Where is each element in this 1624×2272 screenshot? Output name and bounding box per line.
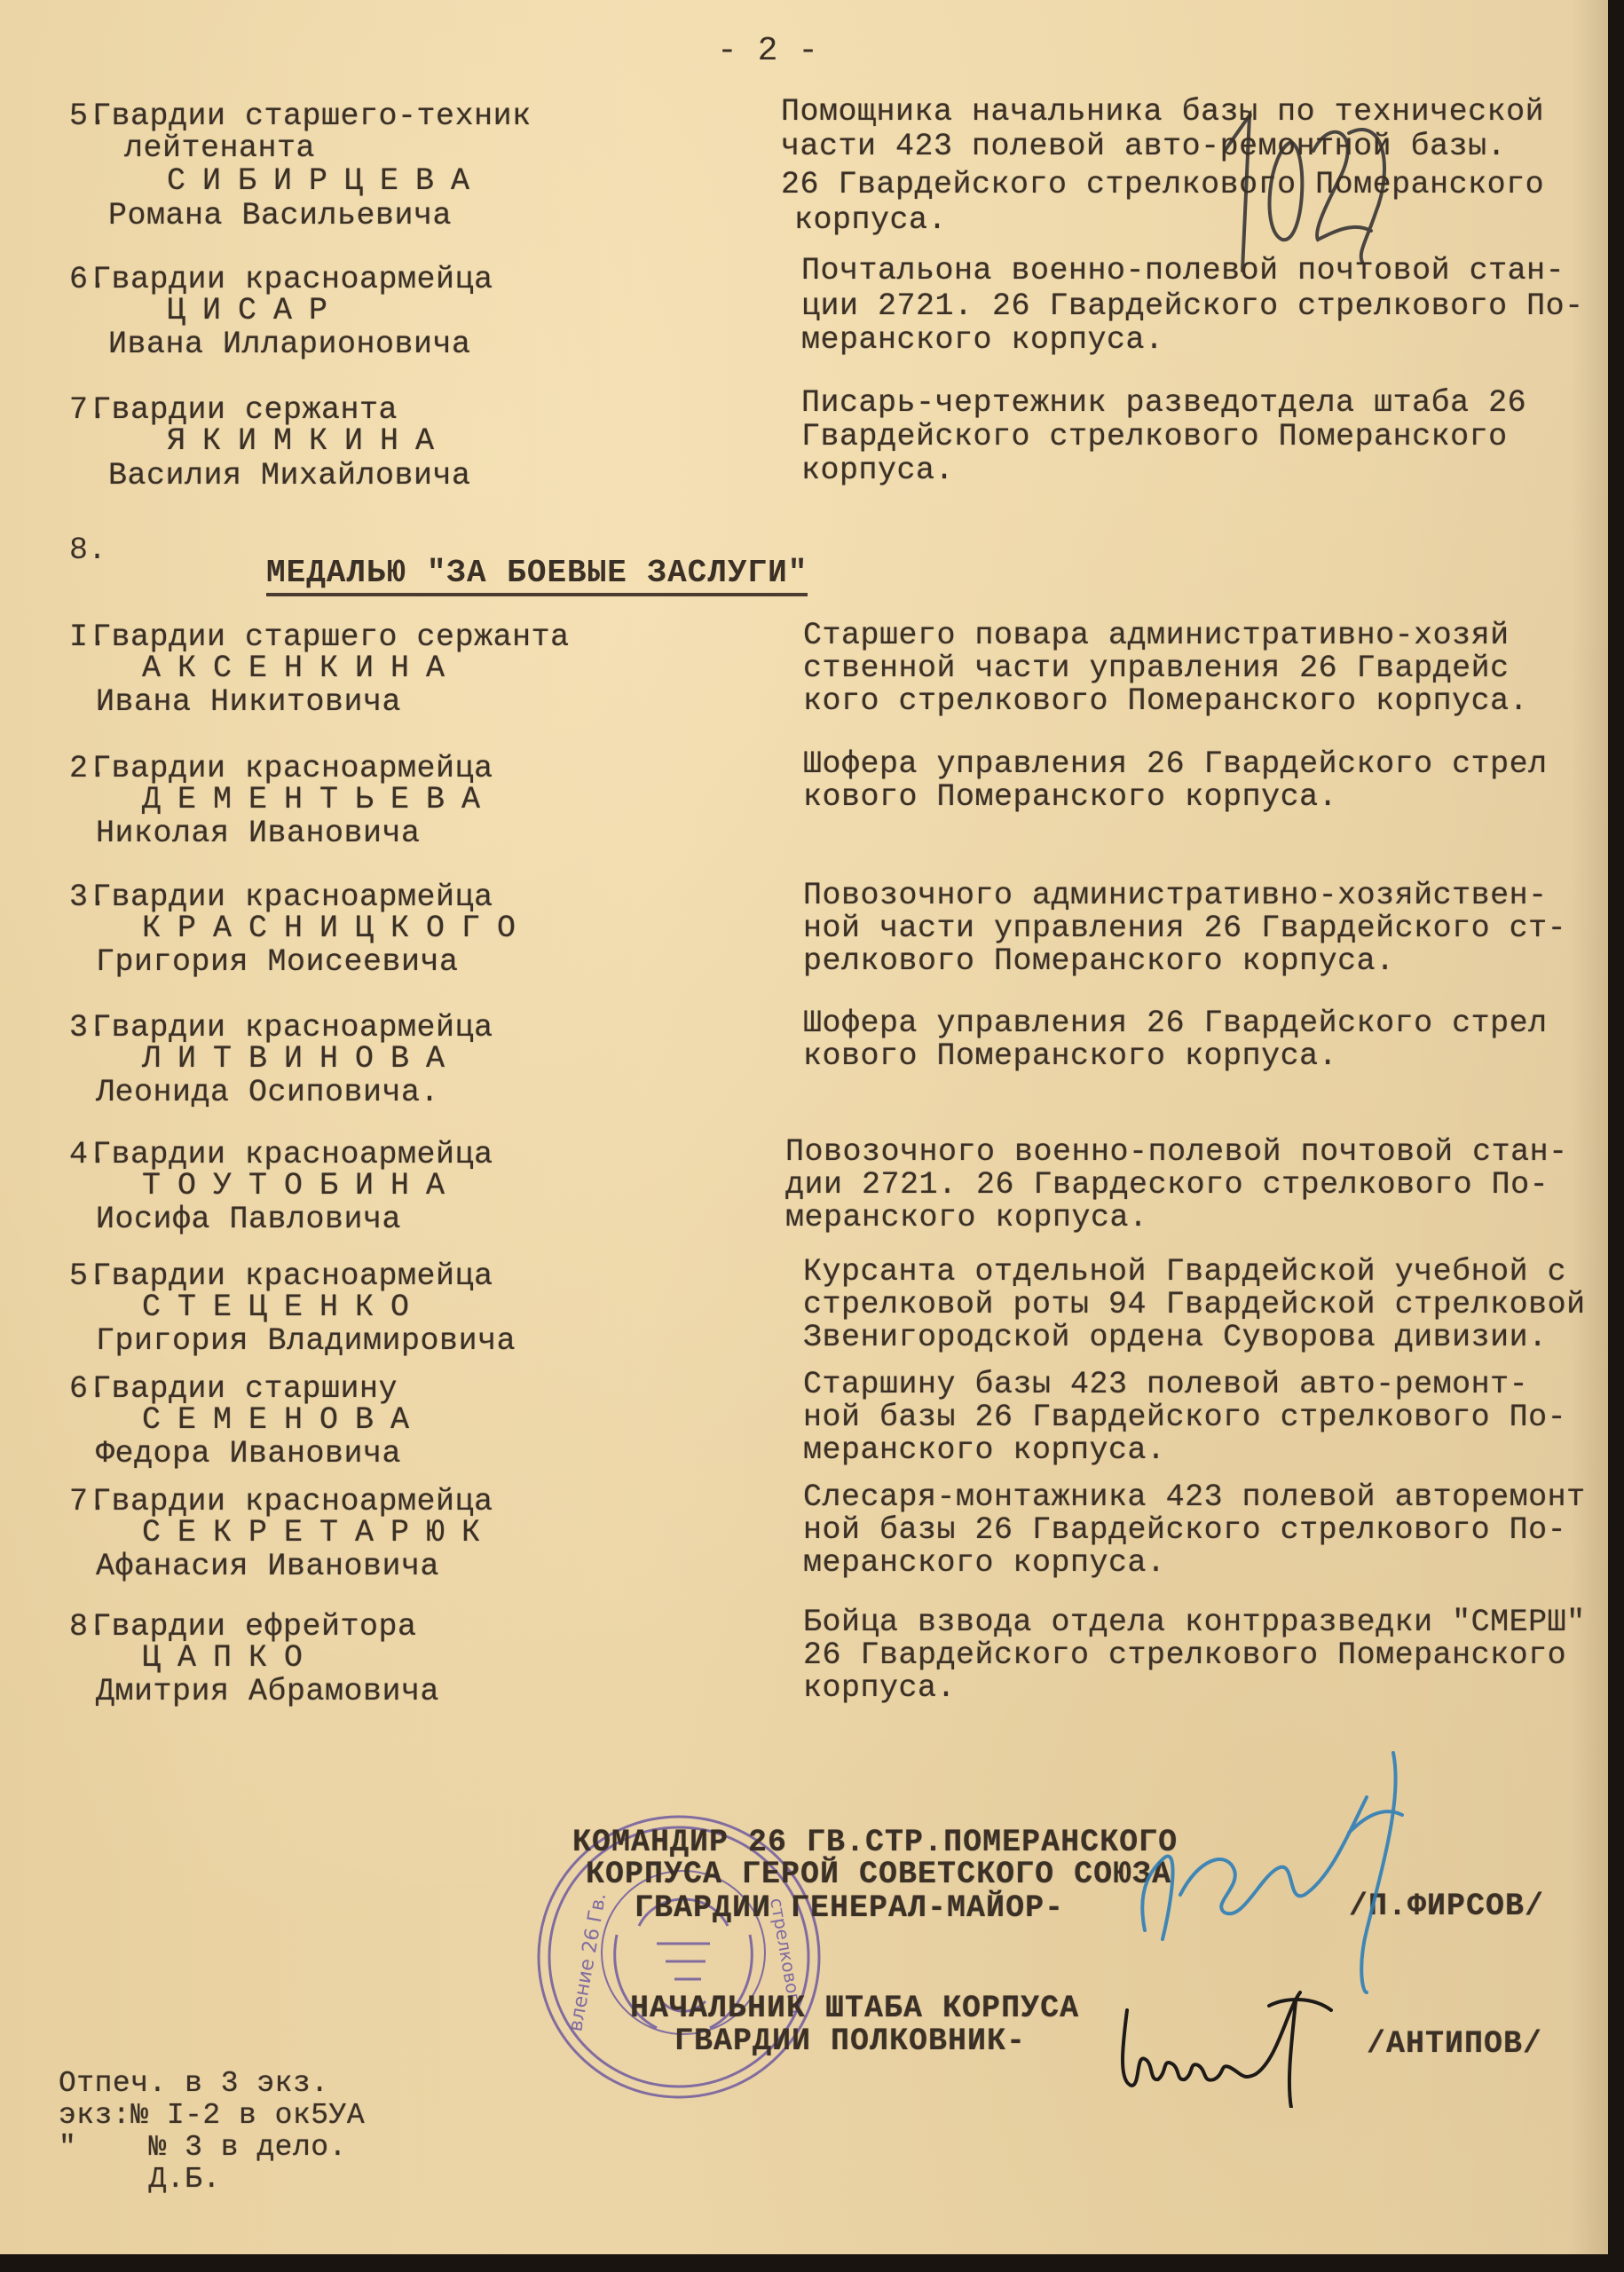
entry-given-names: Иосифа Павловича [96, 1203, 401, 1235]
entry-description-line: Помощника начальника базы по технической [781, 96, 1544, 128]
entry-surname: СЕКРЕТАРЮК [142, 1517, 497, 1549]
entry-description-line: корпуса. [794, 204, 947, 236]
entry-description-line: части 423 полевой авто-ремонтной базы. [781, 130, 1506, 162]
entry-description-line: 26 Гвардейского стрелкового Померанского [781, 169, 1544, 201]
commander-title-line: КОРПУСА ГЕРОЙ СОВЕТСКОГО СОЮЗА [586, 1858, 1171, 1890]
entry-description-line: меранского корпуса. [803, 1547, 1166, 1579]
entry-description-line: ной базы 26 Гвардейского стрелкового По- [803, 1401, 1566, 1433]
entry-description-line: Звенигородской ордена Суворова дивизии. [803, 1321, 1548, 1353]
entry-description-line: Слесаря-монтажника 423 полевой авторемон… [803, 1481, 1586, 1513]
commander-rank-line: ГВАРДИИ ГЕНЕРАЛ-МАЙОР- [635, 1892, 1064, 1924]
page-number: - 2 - [717, 32, 818, 70]
entry-surname: ДЕМЕНТЬЕВА [142, 784, 497, 816]
entry-rank-line: Гвардии ефрейтора [92, 1611, 417, 1643]
section-title: МЕДАЛЬЮ "ЗА БОЕВЫЕ ЗАСЛУГИ" [266, 555, 808, 596]
entry-description-line: Бойца взвода отдела контрразведки "СМЕРШ… [803, 1606, 1586, 1638]
entry-description-line: корпуса. [801, 454, 954, 486]
entry-surname: ЯКИМКИНА [167, 425, 451, 457]
entry-rank-line: Гвардии красноармейца [92, 264, 493, 296]
chief-rank-line: ГВАРДИИ ПОЛКОВНИК- [674, 2025, 1026, 2057]
entry-rank-line: лейтенанта [124, 132, 315, 164]
footer-line: экз:№ I-2 в ок5УА [59, 2100, 365, 2132]
page-edge-shadow [1571, 0, 1608, 2268]
entry-given-names: Романа Васильевича [108, 200, 452, 232]
entry-given-names: Леонида Осиповича. [96, 1077, 439, 1108]
chief-title-line: НАЧАЛЬНИК ШТАБА КОРПУСА [630, 1992, 1079, 2024]
entry-surname: КРАСНИЦКОГО [142, 912, 532, 944]
entry-description-line: ственной части управления 26 Гвардейс [803, 652, 1510, 684]
entry-description-line: меранского корпуса. [801, 324, 1164, 356]
entry-description-line: Гвардейского стрелкового Померанского [801, 421, 1508, 453]
entry-surname: ЦИСАР [167, 295, 344, 327]
entry-description-line: кового Померанского корпуса. [803, 1040, 1337, 1072]
entry-surname: СИБИРЦЕВА [167, 165, 486, 197]
entry-given-names: Ивана Илларионовича [108, 328, 471, 360]
entry-description-line: Писарь-чертежник разведотдела штаба 26 [801, 387, 1526, 419]
entry-description-line: Курсанта отдельной Гвардейской учебной с [803, 1256, 1566, 1288]
entry-rank-line: Гвардии старшину [92, 1373, 398, 1405]
entry-rank-line: Гвардии красноармейца [92, 1486, 493, 1518]
entry-given-names: Дмитрия Абрамовича [96, 1676, 439, 1708]
entry-description-line: ции 2721. 26 Гвардейского стрелкового По… [801, 290, 1584, 322]
entry-rank-line: Гвардии старшего-техник [92, 100, 532, 132]
entry-description-line: дии 2721. 26 Гвардеского стрелкового По- [785, 1169, 1549, 1201]
commander-title-line: КОМАНДИР 26 ГВ.СТР.ПОМЕРАНСКОГО [572, 1826, 1178, 1858]
entry-rank-line: Гвардии красноармейца [92, 1012, 493, 1044]
entry-rank-line: Гвардии красноармейца [92, 1139, 493, 1171]
entry-description-line: Повозочного военно-полевой почтовой стан… [785, 1136, 1568, 1168]
commander-signature-blue [1127, 1726, 1455, 2001]
entry-rank-line: Гвардии красноармейца [92, 881, 493, 913]
scan-border [0, 2254, 1624, 2272]
entry-description-line: Почтальона военно-полевой почтовой стан- [801, 255, 1565, 287]
entry-description-line: кового Померанского корпуса. [803, 781, 1337, 813]
entry-description-line: Повозочного административно-хозяйствен- [803, 880, 1548, 911]
entry-description-line: релкового Померанского корпуса. [803, 945, 1395, 977]
section-number: 8. [69, 532, 106, 568]
entry-description-line: кого стрелкового Померанского корпуса. [803, 685, 1528, 717]
entry-description-line: ной части управления 26 Гвардейского ст- [803, 912, 1566, 944]
entry-description-line: стрелковой роты 94 Гвардейской стрелково… [803, 1289, 1586, 1321]
entry-description-line: Шофера управления 26 Гвардейского стрел [803, 748, 1548, 780]
footer-line: Д.Б. [59, 2164, 221, 2196]
entry-given-names: Ивана Никитовича [96, 686, 401, 718]
entry-description-line: корпуса. [803, 1672, 956, 1704]
entry-surname: ТОУТОБИНА [142, 1170, 461, 1202]
entry-description-line: Старшего повара административно-хозяй [803, 619, 1510, 651]
entry-surname: ЛИТВИНОВА [142, 1043, 461, 1075]
entry-rank-line: Гвардии красноармейца [92, 753, 493, 785]
entry-rank-line: Гвардии сержанта [92, 394, 398, 426]
svg-text:вление 26 Гв.: вление 26 Гв. [564, 1891, 611, 2033]
entry-given-names: Григория Владимировича [96, 1325, 516, 1357]
entry-given-names: Афанасия Ивановича [96, 1550, 439, 1582]
entry-description-line: меранского корпуса. [785, 1202, 1148, 1234]
entry-given-names: Федора Ивановича [96, 1438, 401, 1470]
entry-rank-line: Гвардии красноармейца [92, 1260, 493, 1292]
entry-description-line: Шофера управления 26 Гвардейского стрел [803, 1007, 1548, 1039]
footer-line: " № 3 в дело. [59, 2132, 347, 2164]
entry-given-names: Василия Михайловича [108, 460, 471, 492]
entry-description-line: 26 Гвардейского стрелкового Померанского [803, 1639, 1566, 1671]
entry-description-line: Старшину базы 423 полевой авто-ремонт- [803, 1369, 1528, 1400]
entry-rank-line: Гвардии старшего сержанта [92, 621, 570, 653]
entry-description-line: ной базы 26 Гвардейского стрелкового По- [803, 1514, 1566, 1546]
document-page: - 2 - 5. Гвардии старшего-техник лейтена… [0, 0, 1608, 2268]
footer-line: Отпеч. в 3 экз. [59, 2068, 329, 2100]
entry-given-names: Николая Ивановича [96, 817, 421, 849]
chief-of-staff-signature-black [1109, 1975, 1358, 2108]
entry-surname: СЕМЕНОВА [142, 1404, 426, 1436]
entry-surname: ЦАПКО [142, 1642, 319, 1674]
entry-description-line: меранского корпуса. [803, 1434, 1166, 1466]
entry-surname: СТЕЦЕНКО [142, 1291, 426, 1323]
entry-given-names: Григория Моисеевича [96, 946, 459, 978]
entry-surname: АКСЕНКИНА [142, 652, 461, 684]
chief-name: /АНТИПОВ/ [1367, 2028, 1542, 2060]
